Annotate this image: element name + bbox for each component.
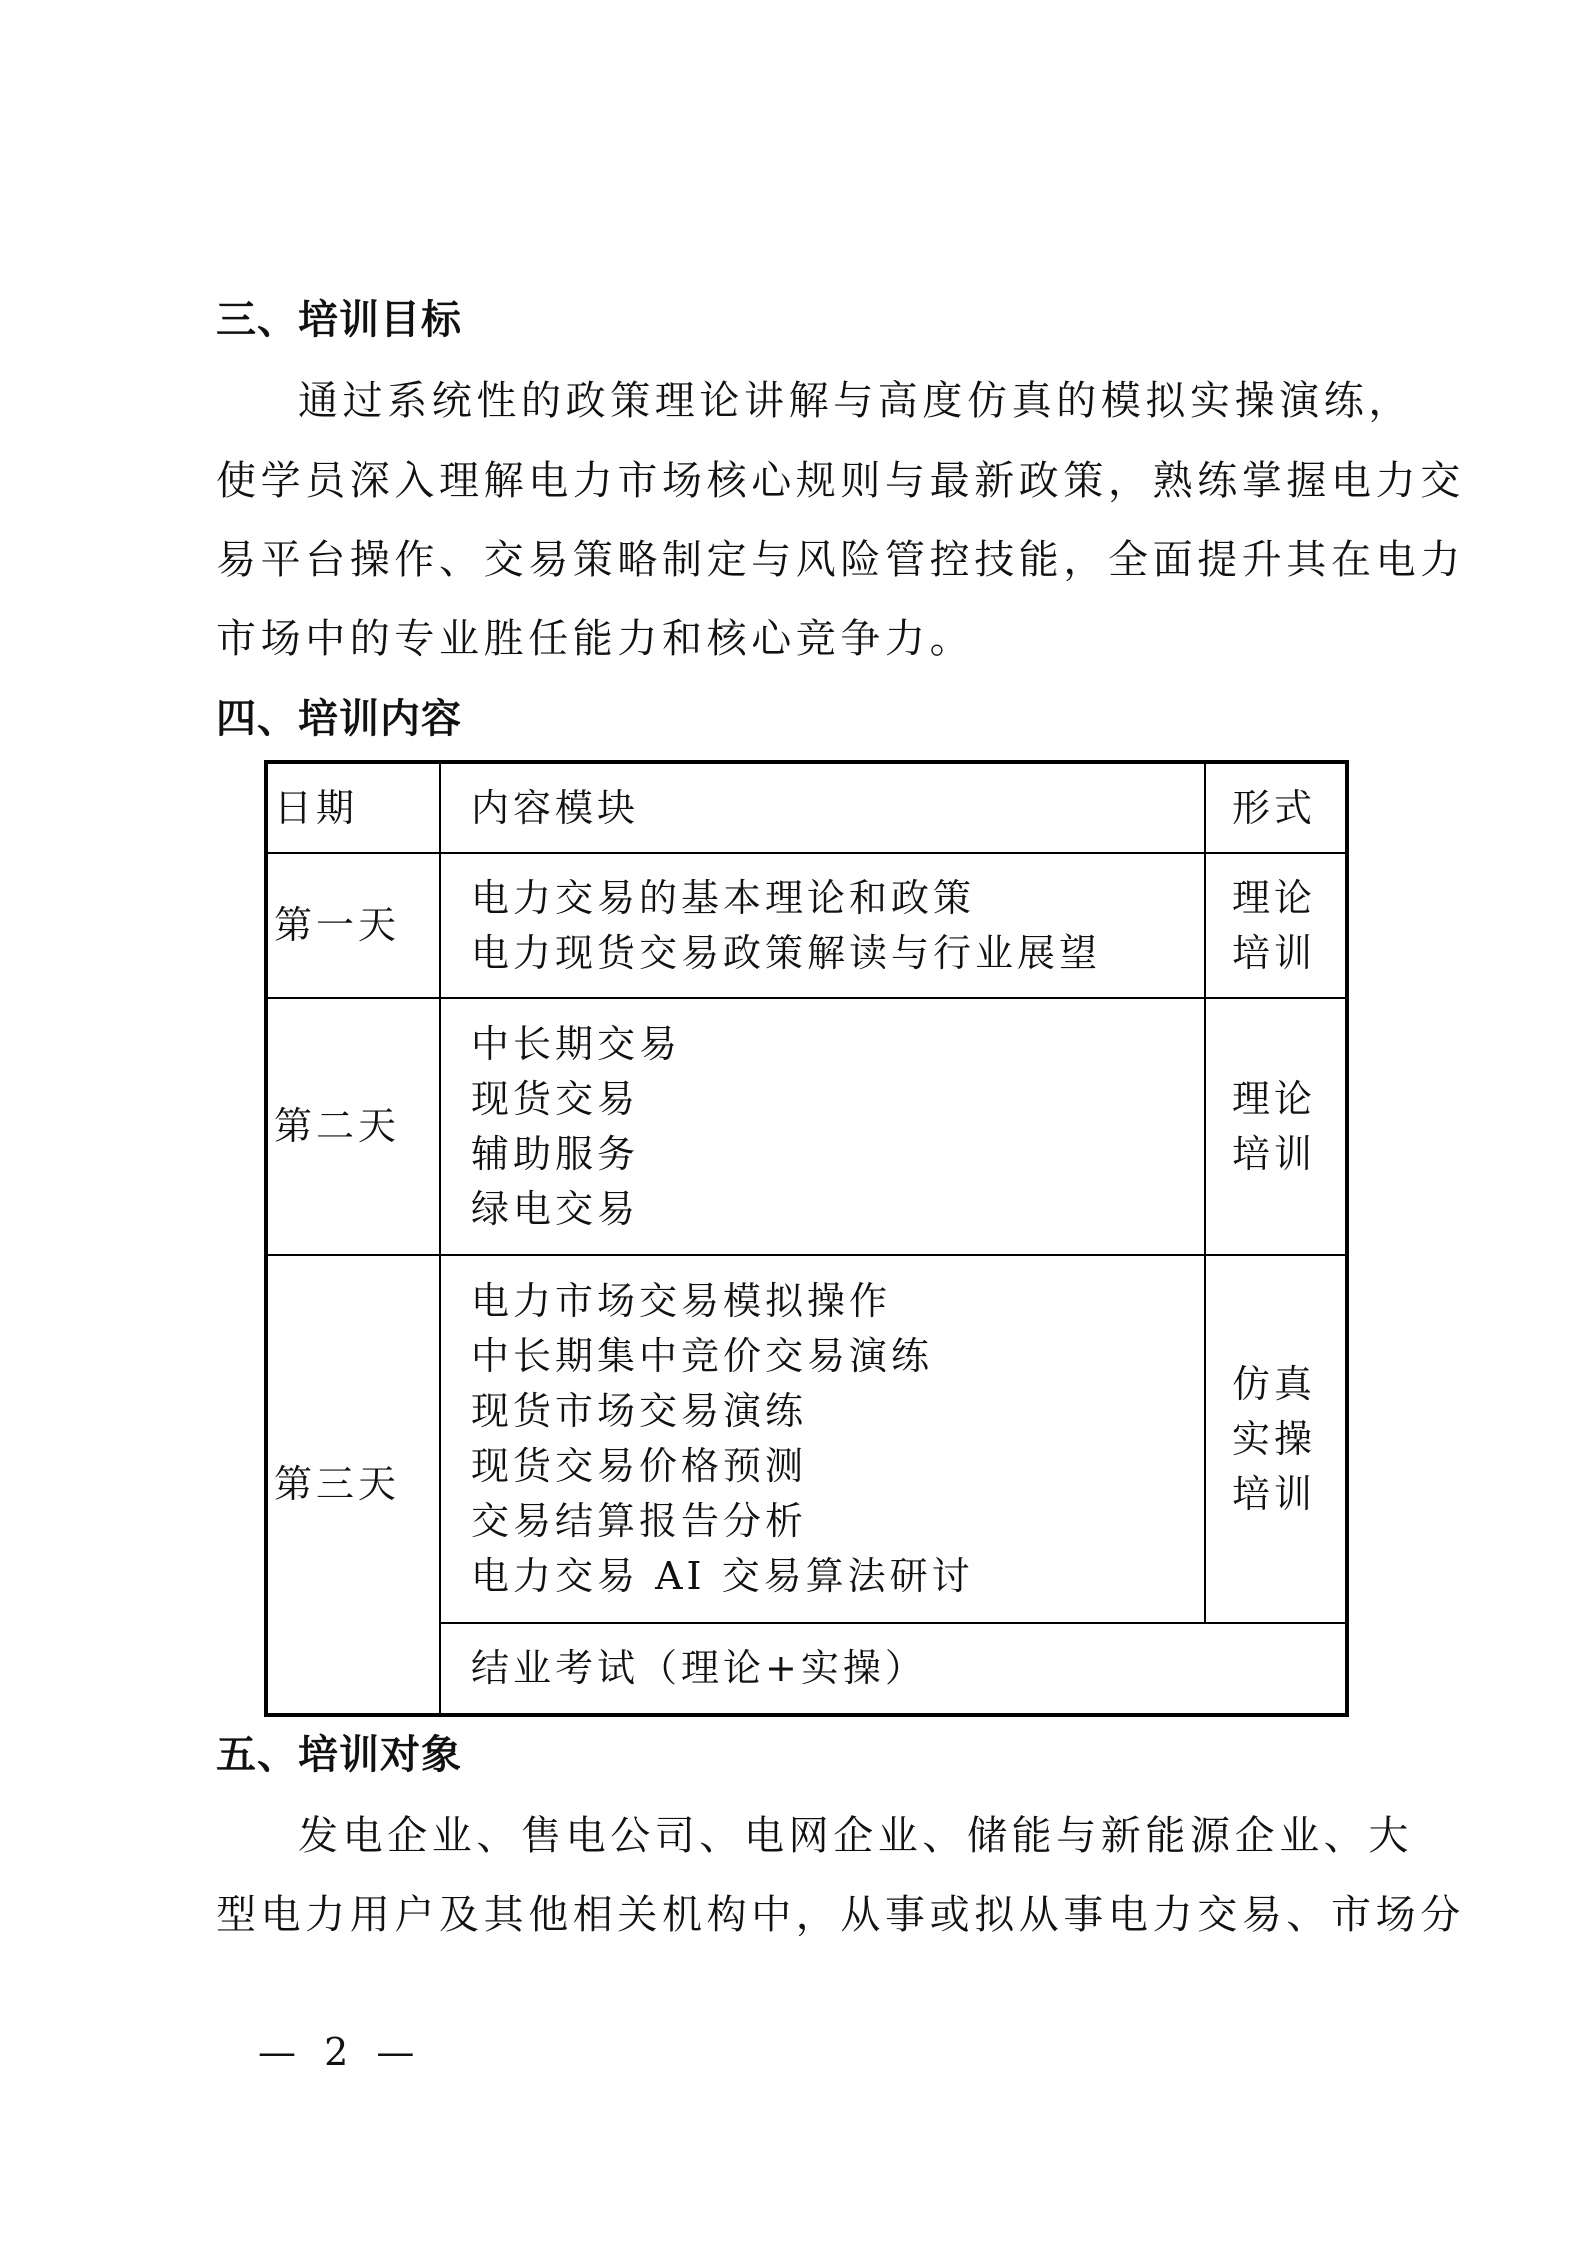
exam-cell: 结业考试（理论+实操） (440, 1623, 1347, 1715)
section-heading-content: 四、培训内容 (216, 695, 462, 743)
row-modules: 中长期交易 现货交易 辅助服务 绿电交易 (440, 998, 1205, 1255)
page-number: — 2 — (258, 2030, 422, 2074)
table-header-row: 日期 内容模块 形式 (266, 762, 1347, 853)
row-date: 第三天 (266, 1255, 440, 1715)
paragraph-line: 通过系统性的政策理论讲解与高度仿真的模拟实操演练， (298, 377, 1478, 425)
table-row: 第二天 中长期交易 现货交易 辅助服务 绿电交易 理论 培训 (266, 998, 1347, 1255)
header-date: 日期 (266, 762, 440, 853)
row-date: 第一天 (266, 853, 440, 998)
row-modules: 电力交易的基本理论和政策 电力现货交易政策解读与行业展望 (440, 853, 1205, 998)
table-row: 第三天 电力市场交易模拟操作 中长期集中竞价交易演练 现货市场交易演练 现货交易… (266, 1255, 1347, 1623)
paragraph-line: 使学员深入理解电力市场核心规则与最新政策，熟练掌握电力交 (216, 457, 1396, 505)
table-row: 第一天 电力交易的基本理论和政策 电力现货交易政策解读与行业展望 理论 培训 (266, 853, 1347, 998)
paragraph-line: 发电企业、售电公司、电网企业、储能与新能源企业、大 (298, 1812, 1478, 1860)
section-heading-goal: 三、培训目标 (216, 296, 462, 344)
row-date: 第二天 (266, 998, 440, 1255)
section-heading-audience: 五、培训对象 (216, 1731, 462, 1779)
row-form: 仿真 实操 培训 (1205, 1255, 1347, 1623)
row-modules: 电力市场交易模拟操作 中长期集中竞价交易演练 现货市场交易演练 现货交易价格预测… (440, 1255, 1205, 1623)
header-modules: 内容模块 (440, 762, 1205, 853)
header-form: 形式 (1205, 762, 1347, 853)
paragraph-line: 型电力用户及其他相关机构中，从事或拟从事电力交易、市场分 (216, 1891, 1396, 1939)
paragraph-line: 市场中的专业胜任能力和核心竞争力。 (216, 615, 1396, 663)
row-form: 理论 培训 (1205, 853, 1347, 998)
row-form: 理论 培训 (1205, 998, 1347, 1255)
training-schedule-table: 日期 内容模块 形式 第一天 电力交易的基本理论和政策 电力现货交易政策解读与行… (264, 760, 1349, 1717)
paragraph-line: 易平台操作、交易策略制定与风险管控技能，全面提升其在电力 (216, 536, 1396, 584)
